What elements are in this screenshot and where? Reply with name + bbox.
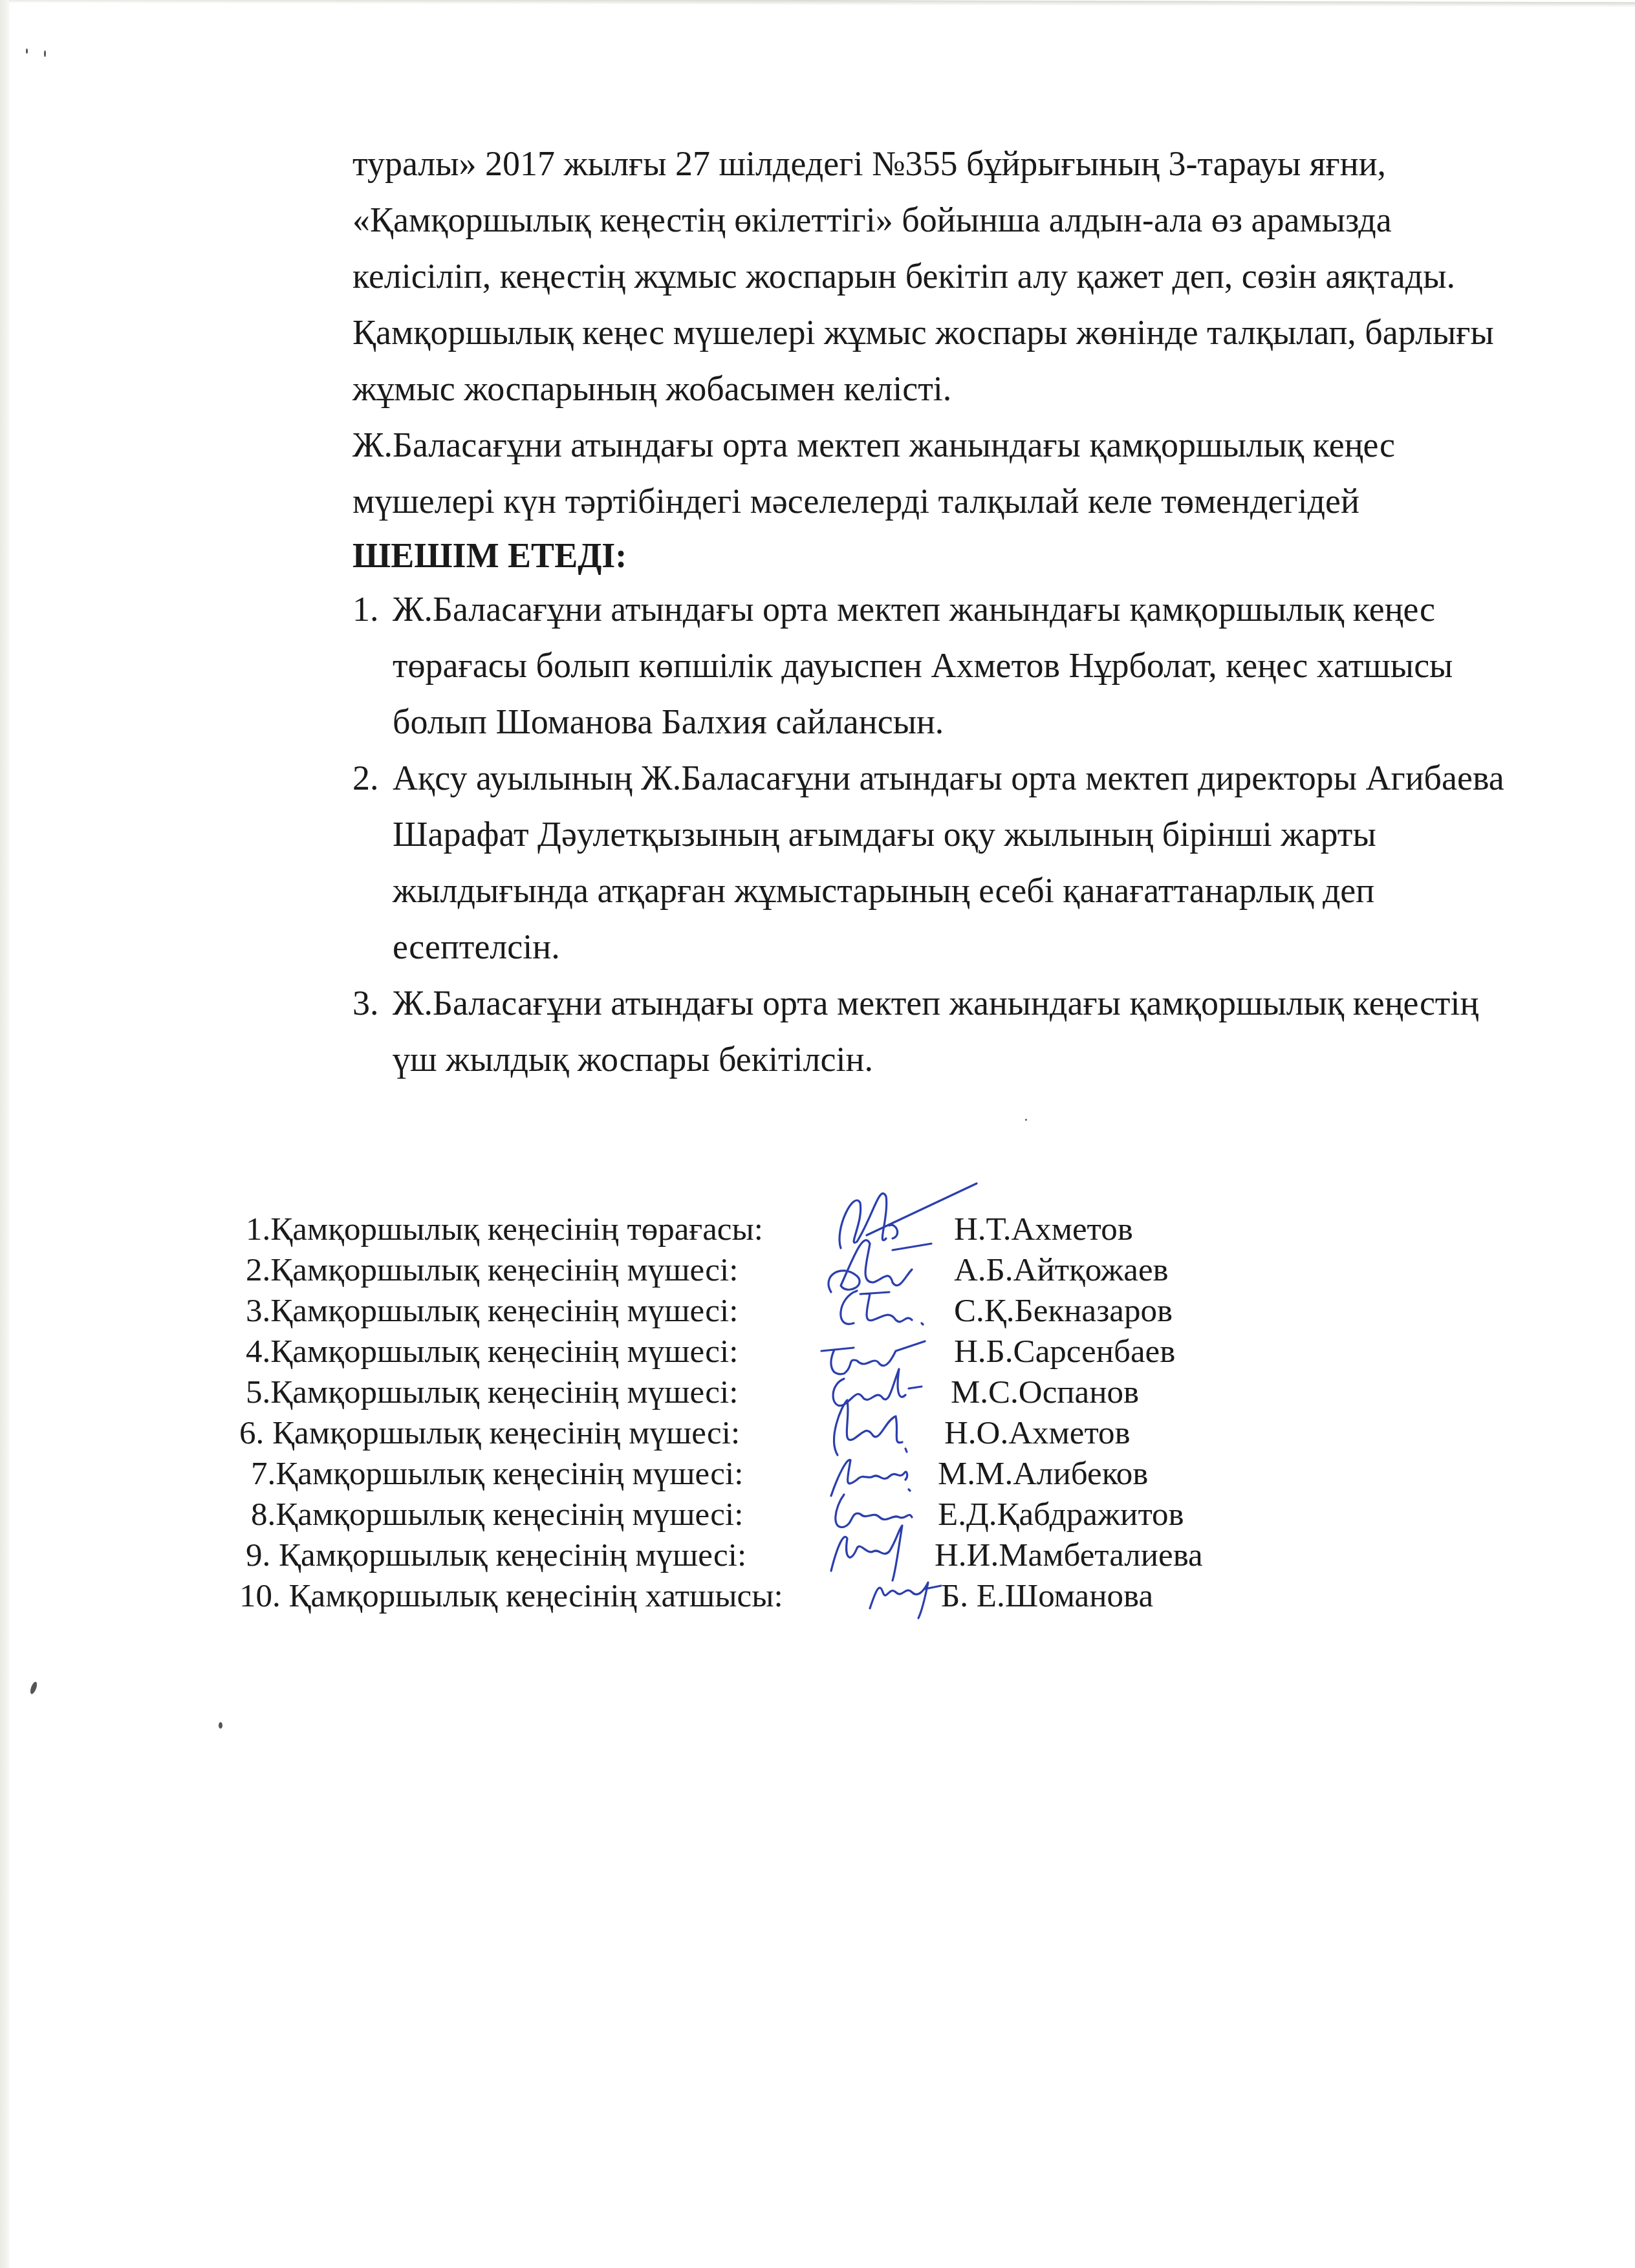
decision-number: 2. xyxy=(352,750,379,806)
signature-row: 7.Қамқоршылық кеңесінің мүшесі: М.М.Алиб… xyxy=(239,1454,1274,1495)
signature-row: 3.Қамқоршылық кеңесінің мүшесі: С.Қ.Бекн… xyxy=(239,1291,1274,1332)
signatory-name: Н.О.Ахметов xyxy=(944,1413,1131,1454)
signatory-role: 3.Қамқоршылық кеңесінің мүшесі: xyxy=(246,1291,738,1332)
decision-item: 3. Ж.Баласағұни атындағы орта мектеп жан… xyxy=(352,975,1530,1088)
decision-text: Ж.Баласағұни атындағы орта мектеп жанынд… xyxy=(393,590,1453,741)
signatory-name: Н.Т.Ахметов xyxy=(954,1209,1133,1250)
signatory-role: 1.Қамқоршылық кеңесінің төрағасы: xyxy=(246,1209,763,1250)
scan-top-edge xyxy=(9,0,1635,7)
scan-speck xyxy=(29,1681,38,1695)
signatory-role: 10. Қамқоршылық кеңесінің хатшысы: xyxy=(239,1576,783,1617)
signatory-role: 6. Қамқоршылық кеңесінің мүшесі: xyxy=(239,1413,740,1454)
signatory-name: Б. Е.Шоманова xyxy=(941,1576,1153,1617)
signature-row: 2.Қамқоршылық кеңесінің мүшесі: А.Б.Айтқ… xyxy=(239,1250,1274,1291)
signatory-name: А.Б.Айтқожаев xyxy=(954,1250,1169,1291)
signatory-role: 4.Қамқоршылық кеңесінің мүшесі: xyxy=(246,1332,738,1372)
signature-block: 1.Қамқоршылық кеңесінің төрағасы: Н.Т.Ах… xyxy=(239,1209,1274,1617)
scan-speck xyxy=(1025,1119,1027,1121)
signatory-name: М.С.Оспанов xyxy=(951,1372,1139,1413)
decision-number: 3. xyxy=(352,975,379,1031)
signatory-name: Е.Д.Қабдражитов xyxy=(938,1495,1184,1535)
signatory-role: 5.Қамқоршылық кеңесінің мүшесі: xyxy=(246,1372,738,1413)
signature-row: 8.Қамқоршылық кеңесінің мүшесі: Е.Д.Қабд… xyxy=(239,1495,1274,1535)
document-body: туралы» 2017 жылғы 27 шілдедегі №355 бұй… xyxy=(352,136,1530,1088)
signatory-role: 7.Қамқоршылық кеңесінің мүшесі: xyxy=(251,1454,743,1495)
resolution-lead-paragraph: Ж.Баласағұни атындағы орта мектеп жанынд… xyxy=(352,417,1530,530)
discussion-paragraph: Қамқоршылық кеңес мүшелері жұмыс жоспары… xyxy=(352,305,1530,417)
handwritten-signature-icon xyxy=(860,1563,951,1621)
decision-item: 1. Ж.Баласағұни атындағы орта мектеп жан… xyxy=(352,581,1530,750)
scan-page-edge xyxy=(0,0,9,2268)
decision-text: Ақсу ауылының Ж.Баласағұни атындағы орта… xyxy=(393,759,1504,966)
signature-row: 4.Қамқоршылық кеңесінің мүшесі: Н.Б.Сарс… xyxy=(239,1332,1274,1372)
handwritten-signature-icon xyxy=(831,1284,935,1336)
decision-list: 1. Ж.Баласағұни атындағы орта мектеп жан… xyxy=(352,581,1530,1088)
decision-heading: ШЕШІМ ЕТЕДІ: xyxy=(352,530,1530,581)
signatory-name: С.Қ.Бекназаров xyxy=(954,1291,1173,1332)
scan-speck xyxy=(44,50,46,57)
signature-row: 1.Қамқоршылық кеңесінің төрағасы: Н.Т.Ах… xyxy=(239,1209,1274,1250)
signatory-role: 9. Қамқоршылық кеңесінің мүшесі: xyxy=(246,1535,746,1576)
signatory-role: 8.Қамқоршылық кеңесінің мүшесі: xyxy=(251,1495,743,1535)
scan-speck xyxy=(26,49,28,54)
signature-row: 9. Қамқоршылық кеңесінің мүшесі: Н.И.Мам… xyxy=(239,1535,1274,1576)
signature-row: 10. Қамқоршылық кеңесінің хатшысы: Б. Е.… xyxy=(239,1576,1274,1617)
signatory-name: М.М.Алибеков xyxy=(938,1454,1148,1495)
signature-row: 5.Қамқоршылық кеңесінің мүшесі: М.С.Оспа… xyxy=(239,1372,1274,1413)
decision-text: Ж.Баласағұни атындағы орта мектеп жанынд… xyxy=(393,984,1478,1079)
decision-number: 1. xyxy=(352,581,379,638)
signature-row: 6. Қамқоршылық кеңесінің мүшесі: Н.О.Ахм… xyxy=(239,1413,1274,1454)
scan-speck xyxy=(219,1722,222,1729)
signatory-name: Н.Б.Сарсенбаев xyxy=(954,1332,1175,1372)
signatory-name: Н.И.Мамбеталиева xyxy=(935,1535,1203,1576)
intro-paragraph: туралы» 2017 жылғы 27 шілдедегі №355 бұй… xyxy=(352,136,1530,305)
signatory-role: 2.Қамқоршылық кеңесінің мүшесі: xyxy=(246,1250,738,1291)
decision-item: 2. Ақсу ауылының Ж.Баласағұни атындағы о… xyxy=(352,750,1530,975)
